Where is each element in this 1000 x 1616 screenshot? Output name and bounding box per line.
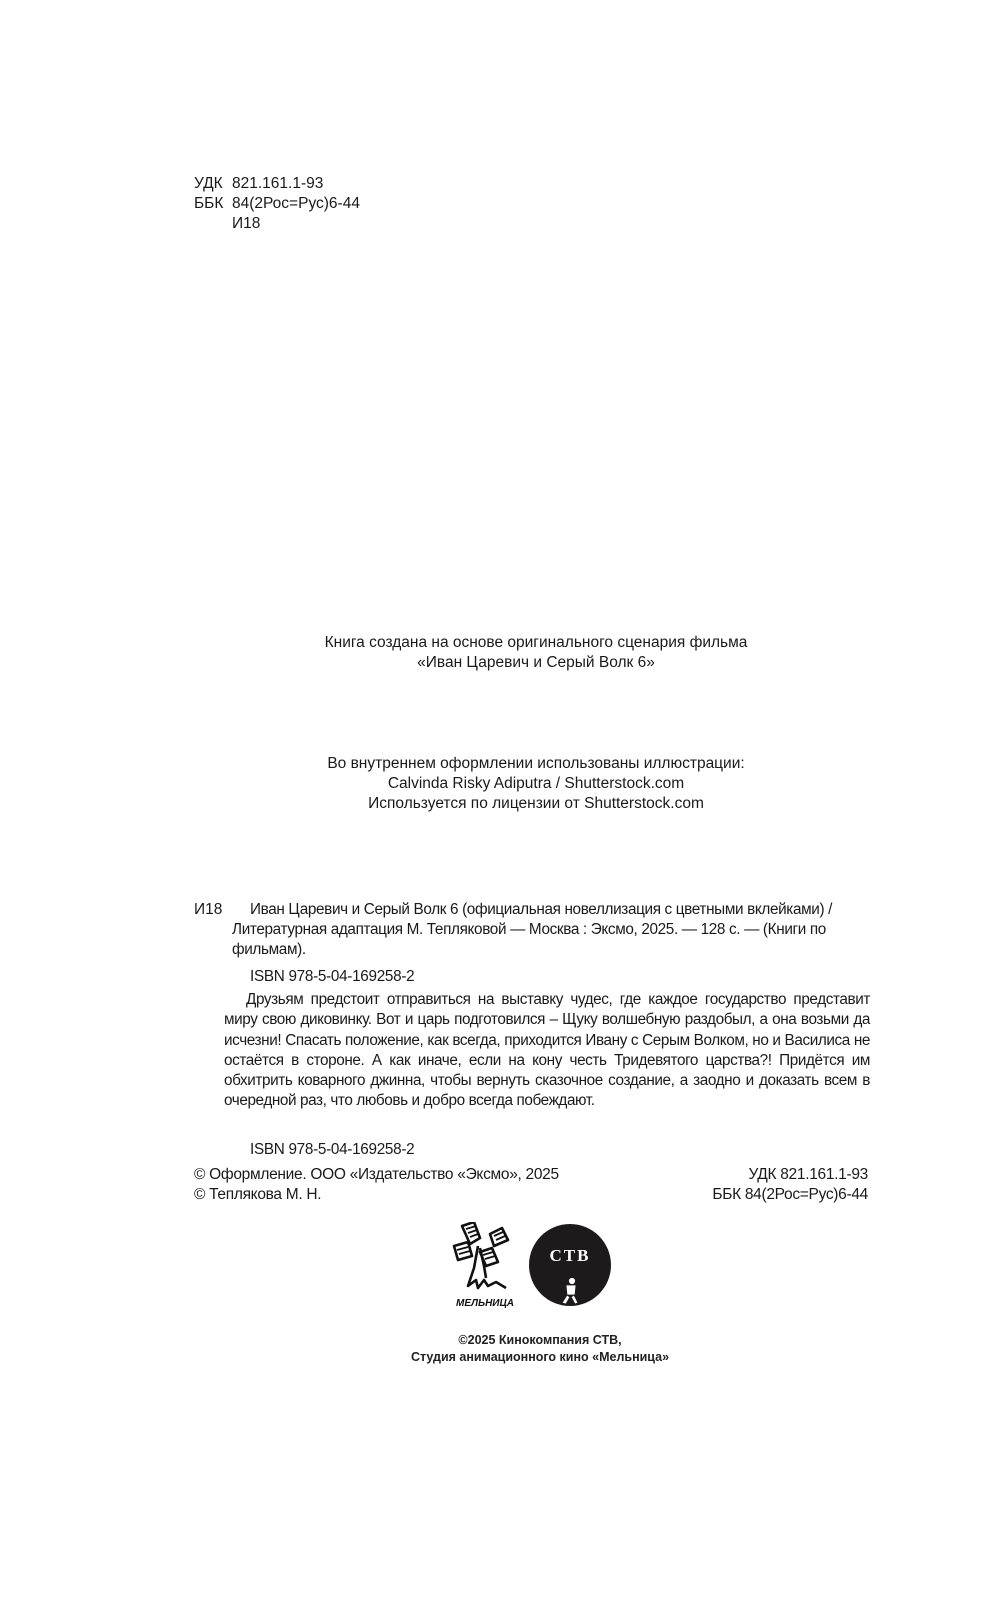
svg-text:СТВ: СТВ [550, 1246, 591, 1265]
isbn-abstract: ISBN 978-5-04-169258-2 [250, 1140, 414, 1160]
studio-logos: МЕЛЬНИЦА СТВ [440, 1220, 640, 1310]
author-mark: И18 [232, 215, 260, 232]
illustrations-line-3: Используется по лицензии от Shutterstock… [286, 794, 786, 814]
illustrations-credit: Во внутреннем оформлении использованы ил… [286, 754, 786, 814]
udk-line: УДК821.161.1-93 [194, 174, 360, 194]
bbk-label: ББК [194, 194, 232, 214]
illustrations-line-1: Во внутреннем оформлении использованы ил… [286, 754, 786, 774]
isbn-bibliographic: ISBN 978-5-04-169258-2 [250, 967, 414, 987]
credit-line-1: Книга создана на основе оригинального сц… [286, 633, 786, 653]
author-mark-line: И18 [194, 214, 360, 234]
melnitsa-windmill-logo: МЕЛЬНИЦА [450, 1222, 520, 1310]
bbk-line: ББК84(2Рос=Рус)6-44 [194, 194, 360, 214]
studio-credit: ©2025 Кинокомпания СТВ, Студия анимацион… [300, 1332, 780, 1366]
copyright-author: © Теплякова М. Н. [194, 1185, 559, 1205]
copyright-left: © Оформление. ООО «Издательство «Эксмо»,… [194, 1165, 559, 1205]
svg-text:МЕЛЬНИЦА: МЕЛЬНИЦА [456, 1298, 514, 1309]
copyright-bbk: ББК 84(2Рос=Рус)6-44 [712, 1185, 868, 1205]
udk-label: УДК [194, 174, 232, 194]
classification-block: УДК821.161.1-93 ББК84(2Рос=Рус)6-44 И18 [194, 174, 360, 234]
bibliographic-code: И18 [194, 900, 222, 920]
screenplay-credit: Книга создана на основе оригинального сц… [286, 633, 786, 673]
bbk-value: 84(2Рос=Рус)6-44 [232, 195, 360, 212]
studio-credit-line-2: Студия анимационного кино «Мельница» [300, 1349, 780, 1366]
copyright-design: © Оформление. ООО «Издательство «Эксмо»,… [194, 1165, 559, 1185]
copyright-udk: УДК 821.161.1-93 [712, 1165, 868, 1185]
illustrations-line-2: Calvinda Risky Adiputra / Shutterstock.c… [286, 774, 786, 794]
credit-line-2: «Иван Царевич и Серый Волк 6» [286, 653, 786, 673]
studio-credit-line-1: ©2025 Кинокомпания СТВ, [300, 1332, 780, 1349]
bibliographic-record: И18 Иван Царевич и Серый Волк 6 (официал… [194, 900, 874, 960]
copyright-right: УДК 821.161.1-93 ББК 84(2Рос=Рус)6-44 [712, 1165, 868, 1205]
udk-value: 821.161.1-93 [232, 175, 323, 192]
stv-logo: СТВ [528, 1223, 612, 1307]
abstract-text: Друзьям предстоит отправиться на выставк… [224, 990, 870, 1112]
bibliographic-text: Иван Царевич и Серый Волк 6 (официальная… [232, 900, 867, 960]
